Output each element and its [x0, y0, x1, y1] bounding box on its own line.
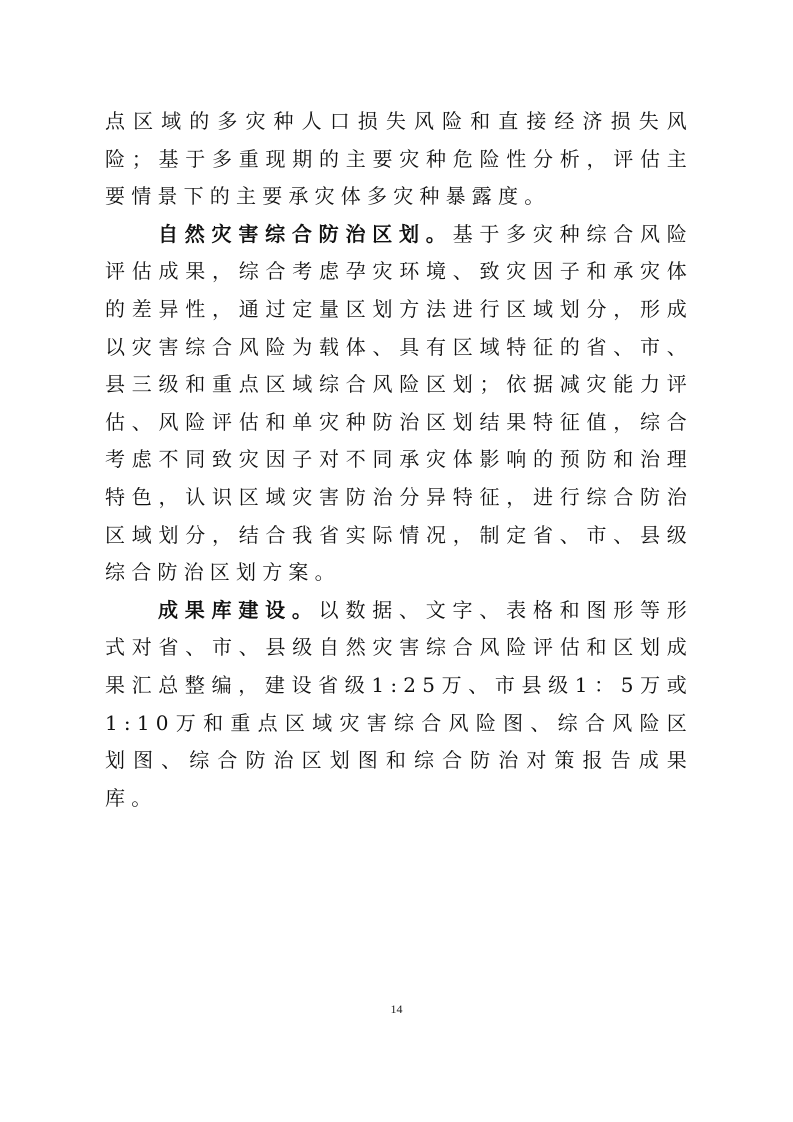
paragraph-text: 以数据、文字、表格和图形等形式对省、市、县级自然灾害综合风险评估和区划成果汇总整…	[105, 598, 693, 810]
paragraph-disaster-zoning: 自然灾害综合防治区划。基于多灾种综合风险评估成果，综合考虑孕灾环境、致灾因子和承…	[105, 216, 693, 592]
page-number: 14	[0, 1002, 793, 1017]
paragraph-text: 点区域的多灾种人口损失风险和直接经济损失风险；基于多重现期的主要灾种危险性分析，…	[105, 109, 693, 208]
paragraph-heading: 成果库建设。	[158, 598, 319, 622]
paragraph-heading: 自然灾害综合防治区划。	[158, 222, 453, 246]
paragraph-text: 基于多灾种综合风险评估成果，综合考虑孕灾环境、致灾因子和承灾体的差异性，通过定量…	[105, 222, 693, 584]
document-body: 点区域的多灾种人口损失风险和直接经济损失风险；基于多重现期的主要灾种危险性分析，…	[105, 103, 693, 817]
paragraph-results-database: 成果库建设。以数据、文字、表格和图形等形式对省、市、县级自然灾害综合风险评估和区…	[105, 592, 693, 818]
paragraph-continuation: 点区域的多灾种人口损失风险和直接经济损失风险；基于多重现期的主要灾种危险性分析，…	[105, 103, 693, 216]
